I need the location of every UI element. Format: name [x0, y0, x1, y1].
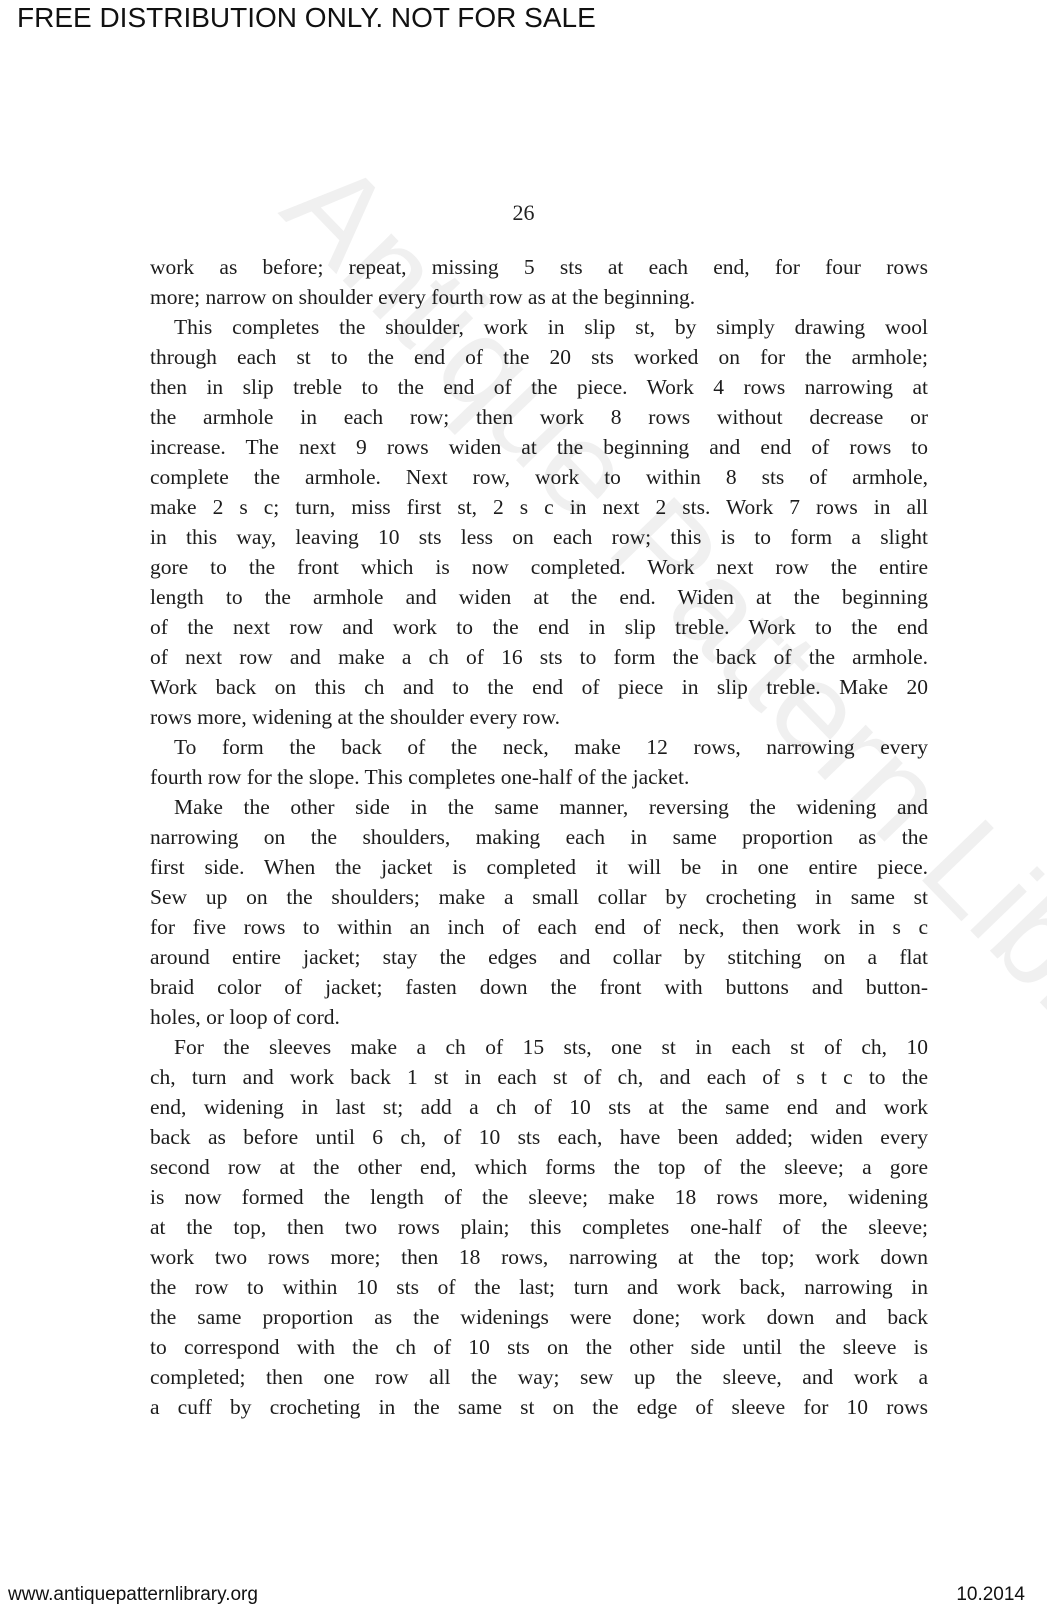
- text-line: at the top, then two rows plain; this co…: [150, 1212, 928, 1242]
- text-line: increase. The next 9 rows widen at the b…: [150, 432, 928, 462]
- text-line: the same proportion as the widenings wer…: [150, 1302, 928, 1332]
- text-line: back as before until 6 ch, of 10 sts eac…: [150, 1122, 928, 1152]
- footer-website-link[interactable]: www.antiquepatternlibrary.org: [8, 1584, 258, 1606]
- text-line: narrowing on the shoulders, making each …: [150, 822, 928, 852]
- text-line: to correspond with the ch of 10 sts on t…: [150, 1332, 928, 1362]
- text-line: holes, or loop of cord.: [150, 1002, 928, 1032]
- text-line: ch, turn and work back 1 st in each st o…: [150, 1062, 928, 1092]
- text-line: more; narrow on shoulder every fourth ro…: [150, 282, 928, 312]
- text-line: length to the armhole and widen at the e…: [150, 582, 928, 612]
- text-line: work as before; repeat, missing 5 sts at…: [150, 252, 928, 282]
- footer-date: 10.2014: [956, 1584, 1025, 1606]
- text-line: of the next row and work to the end in s…: [150, 612, 928, 642]
- distribution-notice: FREE DISTRIBUTION ONLY. NOT FOR SALE: [17, 2, 596, 34]
- text-line: complete the armhole. Next row, work to …: [150, 462, 928, 492]
- text-line: then in slip treble to the end of the pi…: [150, 372, 928, 402]
- text-line: gore to the front which is now completed…: [150, 552, 928, 582]
- text-line: make 2 s c; turn, miss first st, 2 s c i…: [150, 492, 928, 522]
- page-number: 26: [0, 200, 1047, 226]
- text-line: second row at the other end, which forms…: [150, 1152, 928, 1182]
- text-line: around entire jacket; stay the edges and…: [150, 942, 928, 972]
- body-text: work as before; repeat, missing 5 sts at…: [150, 252, 928, 1422]
- text-line: the row to within 10 sts of the last; tu…: [150, 1272, 928, 1302]
- text-line: the armhole in each row; then work 8 row…: [150, 402, 928, 432]
- text-line: completed; then one row all the way; sew…: [150, 1362, 928, 1392]
- text-line: braid color of jacket; fasten down the f…: [150, 972, 928, 1002]
- text-line: a cuff by crocheting in the same st on t…: [150, 1392, 928, 1422]
- text-line: rows more, widening at the shoulder ever…: [150, 702, 928, 732]
- text-line: for five rows to within an inch of each …: [150, 912, 928, 942]
- text-line: fourth row for the slope. This completes…: [150, 762, 928, 792]
- text-line: Work back on this ch and to the end of p…: [150, 672, 928, 702]
- text-line: first side. When the jacket is completed…: [150, 852, 928, 882]
- text-line: For the sleeves make a ch of 15 sts, one…: [150, 1032, 928, 1062]
- text-line: work two rows more; then 18 rows, narrow…: [150, 1242, 928, 1272]
- text-line: Sew up on the shoulders; make a small co…: [150, 882, 928, 912]
- text-line: This completes the shoulder, work in sli…: [150, 312, 928, 342]
- text-line: is now formed the length of the sleeve; …: [150, 1182, 928, 1212]
- text-line: through each st to the end of the 20 sts…: [150, 342, 928, 372]
- text-line: Make the other side in the same manner, …: [150, 792, 928, 822]
- text-line: in this way, leaving 10 sts less on each…: [150, 522, 928, 552]
- text-line: end, widening in last st; add a ch of 10…: [150, 1092, 928, 1122]
- text-line: of next row and make a ch of 16 sts to f…: [150, 642, 928, 672]
- text-line: To form the back of the neck, make 12 ro…: [150, 732, 928, 762]
